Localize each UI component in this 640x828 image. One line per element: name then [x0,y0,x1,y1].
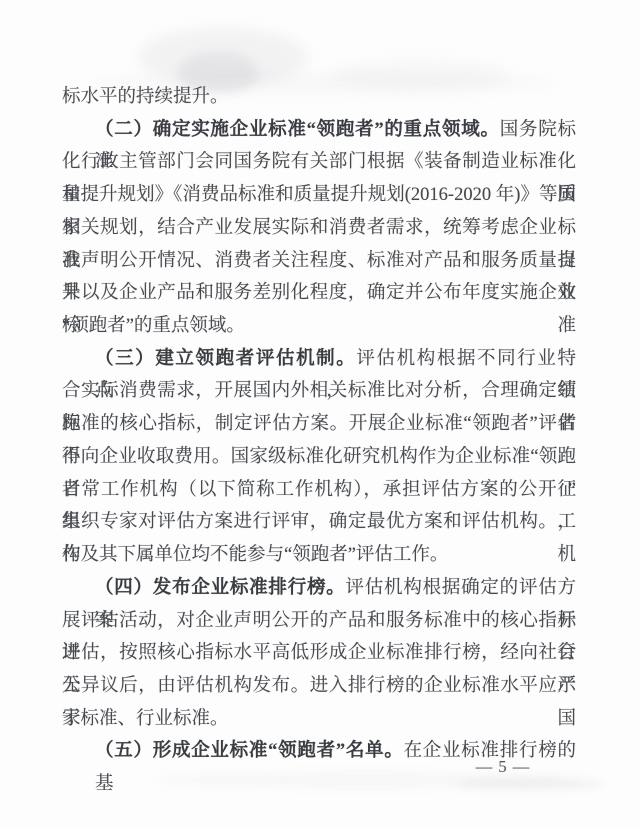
page-number: — 5 — [462,756,544,778]
text-line: 得向企业收取费用。国家级标准化研究机构作为企业标准“领跑者” [62,441,576,474]
text-line: 量提升规划》《消费品标准和质量提升规划(2016-2020 年)》等国家 [62,179,576,212]
text-line: 标准的核心指标，制定评估方案。开展企业标准“领跑者”评估不 [62,408,576,441]
text-line: 评估，按照核心指标水平高低形成企业标准排行榜，经向社会公示 [62,637,576,670]
heading-segment: （二）确定实施企业标准“领跑者”的重点领域。 [95,120,500,140]
scan-smudge [138,28,308,86]
text-line: 相关规划，结合产业发展实际和消费者需求，统筹考虑企业标准自 [62,212,576,245]
text-line: 果以及企业产品和服务差别化程度，确定并公布年度实施企业标准 [62,277,576,310]
text-line: 标水平的持续提升。 [62,81,576,114]
text-line: 日常工作机构（以下简称工作机构），承担评估方案的公开征集， [62,474,576,507]
scan-smudge [455,778,605,790]
body-segment: 构及其下属单位均不能参与“领跑者”评估工作。 [62,545,448,565]
text-line: 展评估活动，对企业声明公开的产品和服务标准中的核心指标进行 [62,605,576,638]
text-line: 合实际消费需求，开展国内外相关标准比对分析，合理确定领跑者 [62,375,576,408]
body-segment: 标水平的持续提升。 [62,87,229,107]
heading-segment: （四）发布企业标准排行榜。 [95,578,346,598]
heading-segment: （三）建立领跑者评估机制。 [95,349,356,369]
text-line: （三）建立领跑者评估机制。评估机构根据不同行业特点，结 [62,343,576,376]
text-line: 无异议后，由评估机构发布。进入排行榜的企业标准水平应严于国 [62,670,576,703]
heading-segment: （五）形成企业标准“领跑者”名单。 [95,741,404,761]
text-line: （四）发布企业标准排行榜。评估机构根据确定的评估方案开 [62,572,576,605]
body-segment: 家标准、行业标准。 [62,709,229,729]
body-segment: “领跑者”的重点领域。 [62,316,245,336]
text-line: 我声明公开情况、消费者关注程度、标准对产品和服务质量提升效 [62,245,576,278]
text-line: 组织专家对评估方案进行评审，确定最优方案和评估机构。工作机 [62,506,576,539]
document-body: 标水平的持续提升。（二）确定实施企业标准“领跑者”的重点领域。国务院标准化行政主… [62,81,576,768]
text-line: 化行政主管部门会同国务院有关部门根据《装备制造业标准化和质 [62,146,576,179]
text-line: （二）确定实施企业标准“领跑者”的重点领域。国务院标准 [62,114,576,147]
scanned-document-page: 标水平的持续提升。（二）确定实施企业标准“领跑者”的重点领域。国务院标准化行政主… [0,0,640,828]
